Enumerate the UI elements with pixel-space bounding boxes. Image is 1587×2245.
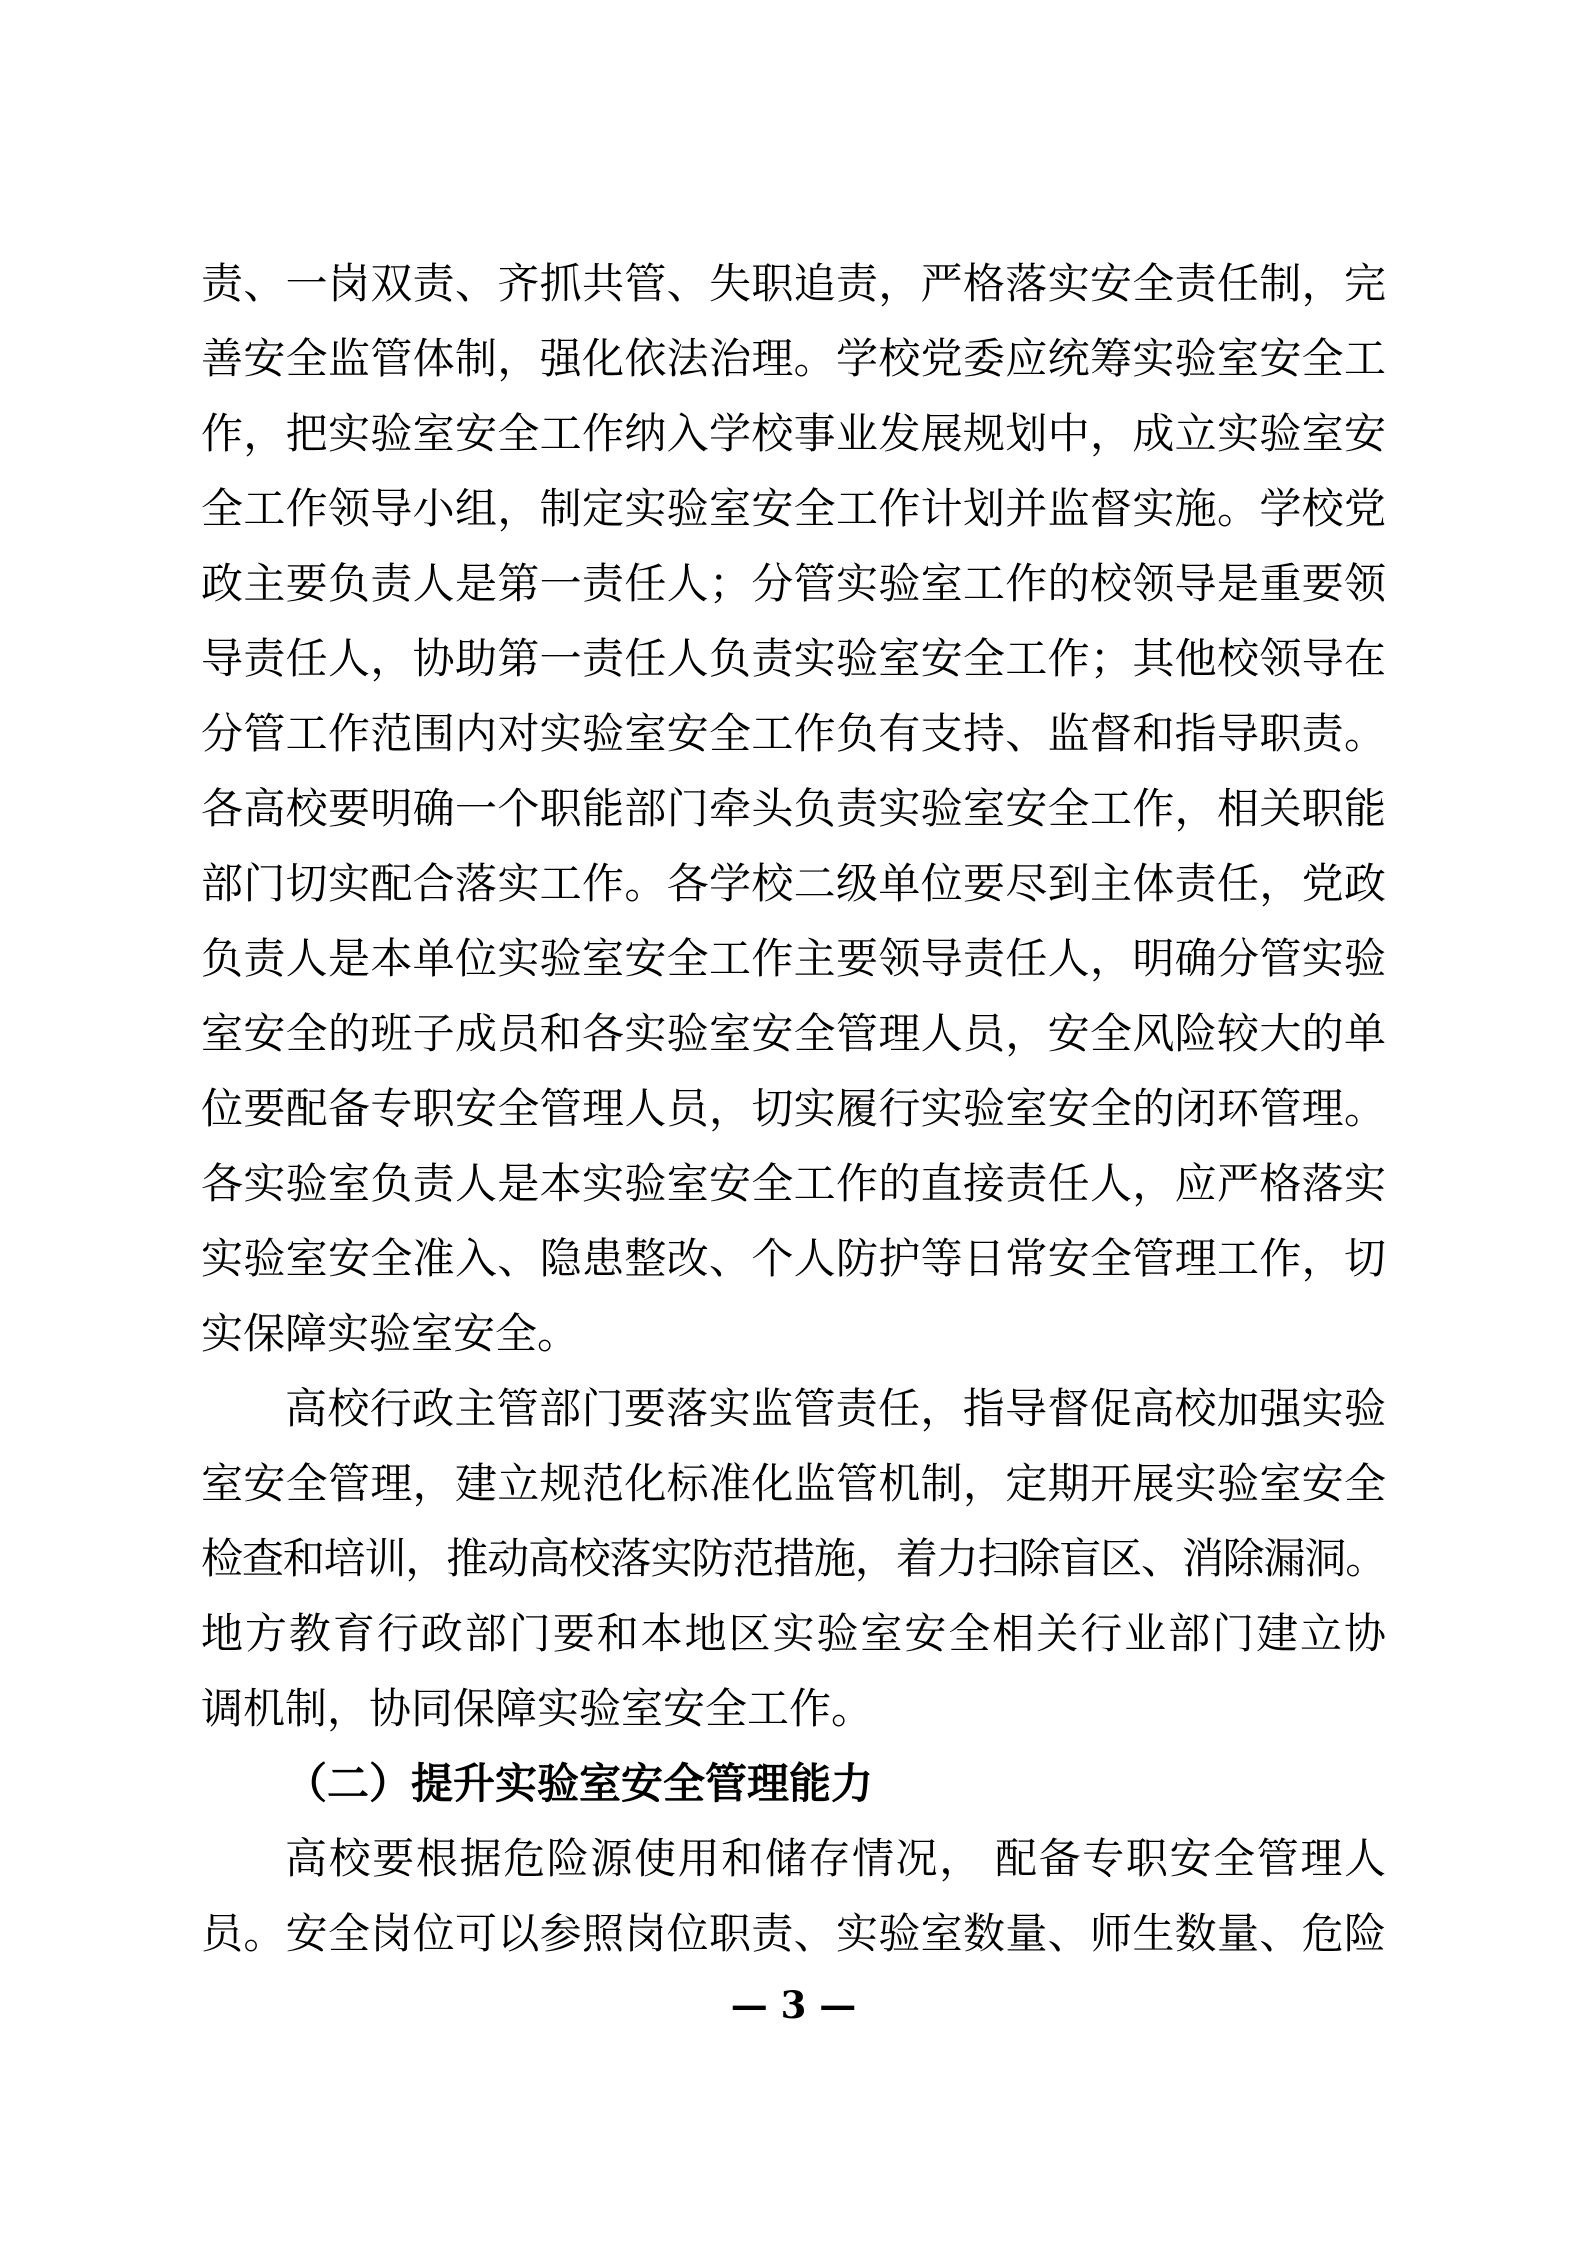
document-page: 责、一岗双责、齐抓共管、失职追责，严格落实安全责任制，完 善安全监管体制，强化依… [0, 0, 1587, 2245]
body-line: 检查和培训，推动高校落实防范措施，着力扫除盲区、消除漏洞。 [201, 1523, 1386, 1598]
body-line: 高校行政主管部门要落实监管责任，指导督促高校加强实验 [201, 1373, 1386, 1448]
body-line: 室安全的班子成员和各实验室安全管理人员，安全风险较大的单 [201, 998, 1386, 1073]
paragraph-1: 责、一岗双责、齐抓共管、失职追责，严格落实安全责任制，完 善安全监管体制，强化依… [201, 248, 1386, 1373]
body-line: 责、一岗双责、齐抓共管、失职追责，严格落实安全责任制，完 [201, 248, 1386, 323]
body-line: 实保障实验室安全。 [201, 1298, 1386, 1373]
body-line: 作，把实验室安全工作纳入学校事业发展规划中，成立实验室安 [201, 398, 1386, 473]
body-line: 各高校要明确一个职能部门牵头负责实验室安全工作，相关职能 [201, 773, 1386, 848]
paragraph-2: 高校行政主管部门要落实监管责任，指导督促高校加强实验 室安全管理，建立规范化标准… [201, 1373, 1386, 1748]
body-line: 地方教育行政部门要和本地区实验室安全相关行业部门建立协 [201, 1598, 1386, 1673]
body-line: 负责人是本单位实验室安全工作主要领导责任人，明确分管实验 [201, 923, 1386, 998]
body-line: 全工作领导小组，制定实验室安全工作计划并监督实施。学校党 [201, 473, 1386, 548]
body-line: 员。安全岗位可以参照岗位职责、实验室数量、师生数量、危险 [201, 1898, 1386, 1973]
body-line: 各实验室负责人是本实验室安全工作的直接责任人，应严格落实 [201, 1148, 1386, 1223]
body-line: 实验室安全准入、隐患整改、个人防护等日常安全管理工作，切 [201, 1223, 1386, 1298]
body-line: 分管工作范围内对实验室安全工作负有支持、监督和指导职责。 [201, 698, 1386, 773]
paragraph-3: 高校要根据危险源使用和储存情况， 配备专职安全管理人 员。安全岗位可以参照岗位职… [201, 1823, 1386, 1973]
body-line: 导责任人，协助第一责任人负责实验室安全工作；其他校领导在 [201, 623, 1386, 698]
body-line: 高校要根据危险源使用和储存情况， 配备专职安全管理人 [201, 1823, 1386, 1898]
page-number: — 3 — [0, 1968, 1587, 2043]
body-line: 位要配备专职安全管理人员，切实履行实验室安全的闭环管理。 [201, 1073, 1386, 1148]
body-line: 善安全监管体制，强化依法治理。学校党委应统筹实验室安全工 [201, 323, 1386, 398]
body-line: 政主要负责人是第一责任人；分管实验室工作的校领导是重要领 [201, 548, 1386, 623]
section-heading: （二）提升实验室安全管理能力 [201, 1748, 1386, 1823]
body-line: 部门切实配合落实工作。各学校二级单位要尽到主体责任，党政 [201, 848, 1386, 923]
text-block: 责、一岗双责、齐抓共管、失职追责，严格落实安全责任制，完 善安全监管体制，强化依… [201, 248, 1386, 1973]
body-line: 调机制，协同保障实验室安全工作。 [201, 1673, 1386, 1748]
body-line: 室安全管理，建立规范化标准化监管机制，定期开展实验室安全 [201, 1448, 1386, 1523]
